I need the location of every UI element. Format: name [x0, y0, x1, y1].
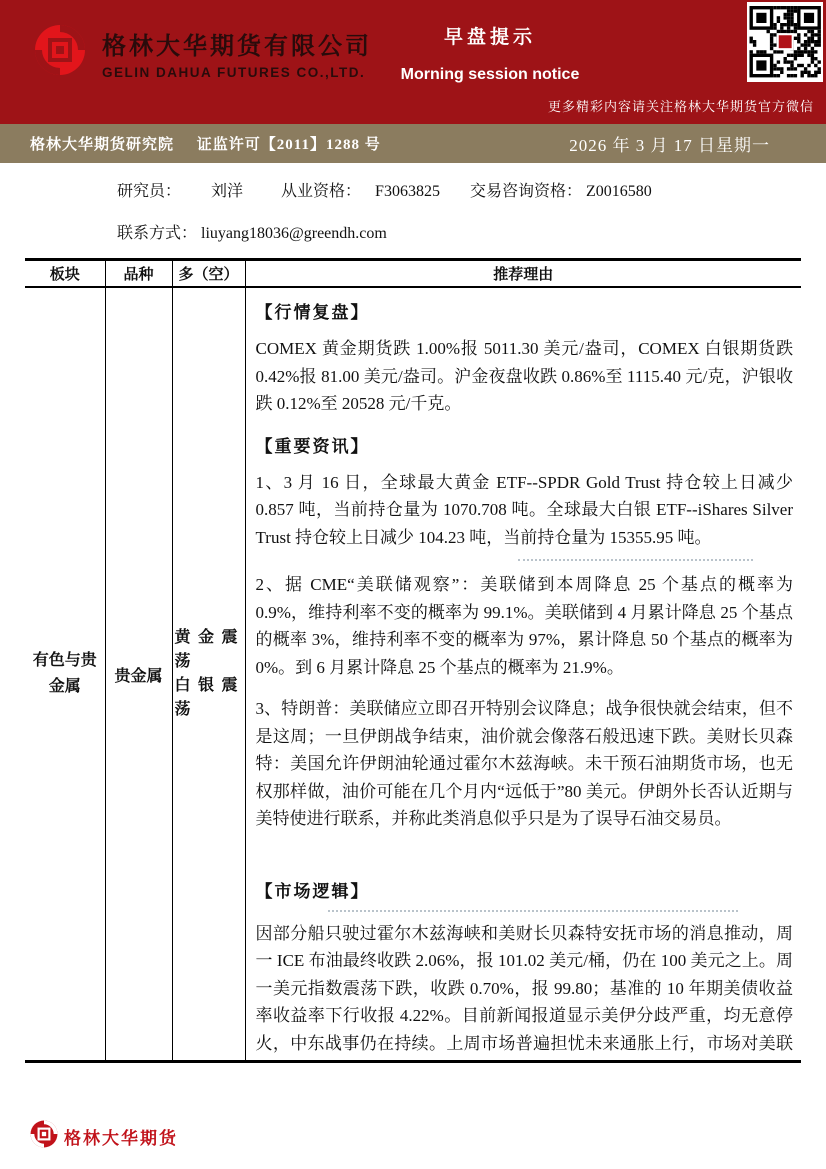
recommendation-table: 板块 品种 多（空） 推荐理由 有色与贵金属 贵金属 黄金震荡 白银震荡 【行情… — [25, 258, 801, 1063]
contact-label: 联系方式： — [117, 225, 197, 242]
reason-content: 【行情复盘】 COMEX 黄金期货跌 1.00%报 5011.30 美元/盎司，… — [246, 288, 802, 1060]
cell-position: 黄金震荡 白银震荡 — [172, 287, 245, 1062]
col-header-position: 多（空） — [172, 260, 245, 288]
wechat-note: 更多精彩内容请关注格林大华期货官方微信 — [548, 96, 814, 115]
section-heading-market-logic: 【市场逻辑】 — [256, 877, 794, 902]
cell-sector: 有色与贵金属 — [25, 287, 105, 1062]
advisory-value: Z0016580 — [586, 183, 652, 201]
cell-variety: 贵金属 — [105, 287, 172, 1062]
qualification-label: 从业资格： — [281, 178, 361, 201]
section-heading-important-news: 【重要资讯】 — [256, 432, 794, 457]
institute-and-license: 格林大华期货研究院 证监许可【2011】1288 号 — [30, 133, 381, 154]
header-banner: 格林大华期货有限公司 GELIN DAHUA FUTURES CO.,LTD. … — [0, 0, 826, 124]
dotted-separator-2 — [328, 910, 738, 912]
market-review-paragraph: COMEX 黄金期货跌 1.00%报 5011.30 美元/盎司，COMEX 白… — [256, 335, 794, 418]
report-title-cn: 早盘提示 — [392, 22, 588, 49]
license-number: 证监许可【2011】1288 号 — [197, 137, 381, 153]
company-name-en: GELIN DAHUA FUTURES CO.,LTD. — [102, 65, 372, 80]
news-paragraph-2: 2、据 CME“美联储观察”：美联储到本周降息 25 个基点的概率为 0.9%，… — [256, 571, 794, 681]
market-logic-paragraph: 因部分船只驶过霍尔木兹海峡和美财长贝森特安抚市场的消息推动，周一 ICE 布油最… — [256, 920, 794, 1061]
researcher-label: 研究员： — [117, 178, 181, 201]
company-logo-icon — [34, 24, 86, 76]
col-header-sector: 板块 — [25, 260, 105, 288]
col-header-variety: 品种 — [105, 260, 172, 288]
wechat-qr-code — [747, 2, 823, 82]
position-gold: 黄金震荡 — [175, 626, 243, 674]
footer-logo-text: 格林大华期货 — [64, 1124, 178, 1149]
news-paragraph-3: 3、特朗普：美联储应立即召开特别会议降息；战争很快就会结束，但不是这周；一旦伊朗… — [256, 695, 794, 833]
analyst-row-2: 联系方式： liuyang18036@greendh.com — [117, 220, 652, 243]
company-name-block: 格林大华期货有限公司 GELIN DAHUA FUTURES CO.,LTD. — [102, 26, 372, 80]
advisory-label: 交易咨询资格： — [470, 178, 582, 201]
institute-name: 格林大华期货研究院 — [30, 137, 174, 153]
dotted-separator-1 — [518, 559, 753, 561]
cell-reason: 【行情复盘】 COMEX 黄金期货跌 1.00%报 5011.30 美元/盎司，… — [245, 287, 801, 1062]
footer-logo: 格林大华期货 — [30, 1120, 178, 1153]
footer-logo-icon — [30, 1120, 58, 1153]
position-silver: 白银震荡 — [175, 674, 243, 722]
report-title-en: Morning session notice — [392, 66, 588, 84]
analyst-row-1: 研究员： 刘洋 从业资格： F3063825 交易咨询资格： Z0016580 — [117, 178, 652, 201]
analyst-info: 研究员： 刘洋 从业资格： F3063825 交易咨询资格： Z0016580 … — [117, 178, 652, 243]
report-date: 2026 年 3 月 17 日星期一 — [569, 131, 770, 156]
col-header-reason: 推荐理由 — [245, 260, 801, 288]
subheader-bar: 格林大华期货研究院 证监许可【2011】1288 号 2026 年 3 月 17… — [0, 124, 826, 163]
table-row: 有色与贵金属 贵金属 黄金震荡 白银震荡 【行情复盘】 COMEX 黄金期货跌 … — [25, 287, 801, 1062]
qualification-value: F3063825 — [375, 183, 440, 201]
table-header-row: 板块 品种 多（空） 推荐理由 — [25, 260, 801, 288]
contact-email: liuyang18036@greendh.com — [201, 225, 387, 242]
section-heading-market-review: 【行情复盘】 — [256, 298, 794, 323]
report-title-block: 早盘提示 Morning session notice — [392, 22, 588, 84]
researcher-name: 刘洋 — [211, 178, 243, 201]
company-name-cn: 格林大华期货有限公司 — [102, 26, 372, 61]
document-page: 格林大华期货有限公司 GELIN DAHUA FUTURES CO.,LTD. … — [0, 0, 826, 1169]
news-paragraph-1: 1、3 月 16 日，全球最大黄金 ETF--SPDR Gold Trust 持… — [256, 469, 794, 552]
